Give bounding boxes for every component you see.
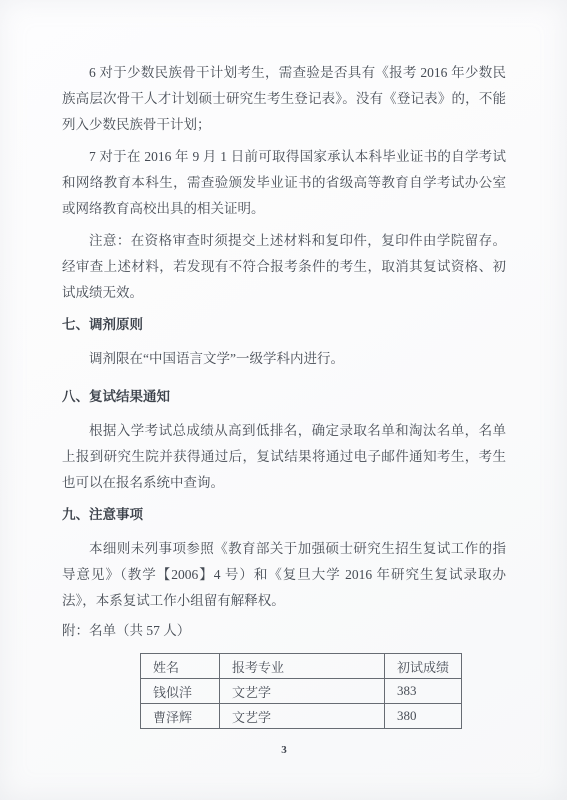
section-heading-remarks: 九、注意事项 [62, 502, 506, 528]
column-header-major: 报考专业 [220, 654, 385, 679]
attachment-label: 附：名单（共 57 人） [62, 618, 506, 644]
table-row: 钱似洋 文艺学 383 [141, 679, 462, 704]
page-number: 3 [62, 743, 506, 757]
section-heading-result-notice: 八、复试结果通知 [62, 384, 506, 410]
section-body-result-notice: 根据入学考试总成绩从高到低排名，确定录取名单和淘汰名单，名单上报到研究生院并获得… [62, 418, 506, 496]
paragraph-minority-plan: 6 对于少数民族骨干计划考生，需查验是否具有《报考 2016 年少数民族高层次骨… [62, 60, 506, 138]
section-heading-transfer-principle: 七、调剂原则 [62, 312, 506, 338]
document-content: 6 对于少数民族骨干计划考生，需查验是否具有《报考 2016 年少数民族高层次骨… [62, 0, 506, 757]
cell-candidate-name: 曹泽辉 [141, 704, 220, 729]
cell-candidate-major: 文艺学 [220, 679, 385, 704]
column-header-score: 初试成绩 [385, 654, 462, 679]
column-header-name: 姓名 [141, 654, 220, 679]
candidate-roster-table: 姓名 报考专业 初试成绩 钱似洋 文艺学 383 曹泽辉 文艺学 380 [140, 653, 462, 729]
section-body-transfer-principle: 调剂限在“中国语言文学”一级学科内进行。 [62, 346, 506, 372]
document-page: 6 对于少数民族骨干计划考生，需查验是否具有《报考 2016 年少数民族高层次骨… [0, 0, 567, 800]
paragraph-self-study-diploma: 7 对于在 2016 年 9 月 1 日前可取得国家承认本科毕业证书的自学考试和… [62, 144, 506, 222]
section-body-remarks: 本细则未列事项参照《教育部关于加强硕士研究生招生复试工作的指导意见》（教学【20… [62, 536, 506, 614]
table-header-row: 姓名 报考专业 初试成绩 [141, 654, 462, 679]
cell-candidate-major: 文艺学 [220, 704, 385, 729]
cell-candidate-name: 钱似洋 [141, 679, 220, 704]
cell-candidate-score: 380 [385, 704, 462, 729]
table-row: 曹泽辉 文艺学 380 [141, 704, 462, 729]
notice-paragraph: 注意：在资格审查时须提交上述材料和复印件，复印件由学院留存。经审查上述材料，若发… [62, 228, 506, 306]
cell-candidate-score: 383 [385, 679, 462, 704]
